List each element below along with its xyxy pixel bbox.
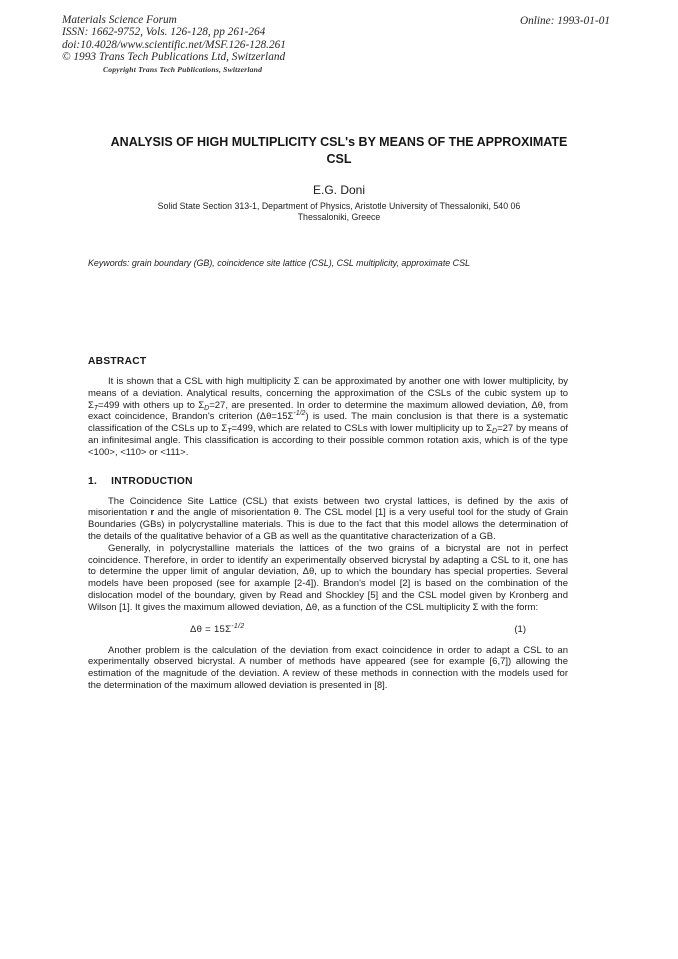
issn-line: ISSN: 1662-9752, Vols. 126-128, pp 261-2… (62, 26, 482, 38)
introduction-heading-label: INTRODUCTION (111, 476, 193, 487)
online-date: Online: 1993-01-01 (520, 15, 610, 27)
paper-title: ANALYSIS OF HIGH MULTIPLICITY CSL's BY M… (104, 134, 574, 168)
abstract-heading: ABSTRACT (88, 356, 568, 367)
author-name: E.G. Doni (0, 183, 678, 197)
main-text-column: ABSTRACT It is shown that a CSL with hig… (88, 356, 568, 692)
abstract-paragraph: It is shown that a CSL with high multipl… (88, 376, 568, 459)
equation-1-row: Δθ = 15Σ-1/2 (1) (88, 624, 568, 635)
copyright-line: © 1993 Trans Tech Publications Ltd, Swit… (62, 51, 482, 63)
journal-name: Materials Science Forum (62, 14, 482, 26)
introduction-heading-number: 1. (88, 476, 97, 487)
introduction-paragraph-3: Another problem is the calculation of th… (88, 645, 568, 692)
paper-page: Materials Science Forum ISSN: 1662-9752,… (0, 0, 678, 959)
author-affiliation: Solid State Section 313-1, Department of… (0, 201, 678, 223)
introduction-paragraph-1: The Coincidence Site Lattice (CSL) that … (88, 496, 568, 543)
equation-1-body: Δθ = 15Σ-1/2 (190, 624, 245, 635)
introduction-heading: 1.INTRODUCTION (88, 476, 568, 487)
equation-1-number: (1) (514, 624, 568, 635)
title-block: ANALYSIS OF HIGH MULTIPLICITY CSL's BY M… (0, 134, 678, 168)
doi-line: doi:10.4028/www.scientific.net/MSF.126-1… (62, 39, 482, 51)
journal-header: Materials Science Forum ISSN: 1662-9752,… (62, 14, 616, 74)
introduction-paragraph-2: Generally, in polycrystalline materials … (88, 543, 568, 614)
keywords-line: Keywords: grain boundary (GB), coinciden… (88, 258, 588, 268)
author-affiliation-text: Solid State Section 313-1, Department of… (143, 201, 535, 223)
journal-header-left: Materials Science Forum ISSN: 1662-9752,… (62, 14, 482, 74)
copyright-small-line: Copyright Trans Tech Publications, Switz… (103, 65, 482, 74)
